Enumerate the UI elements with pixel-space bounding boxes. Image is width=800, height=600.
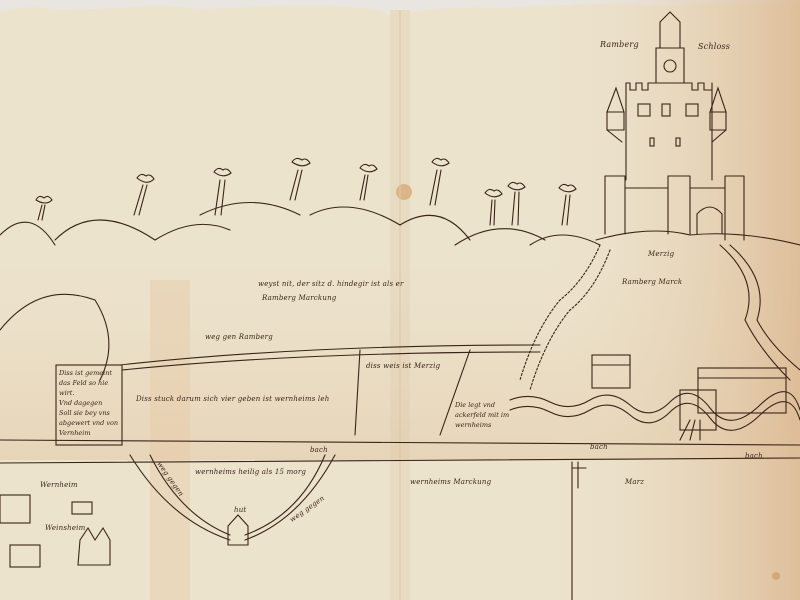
slope-label-2: Ramberg Marck <box>622 278 682 286</box>
bach-label-2: bach <box>590 443 608 451</box>
field-label-3: Die legt vnd ackerfeld mit im wernheims <box>455 400 525 430</box>
road-label: weg gen Ramberg <box>205 333 273 341</box>
hut-label: hut <box>234 506 246 514</box>
mid-note-line2: Ramberg Marckung <box>262 294 336 302</box>
note-box-text: Diss ist gemeint das Feld so hie wirt. V… <box>59 368 121 438</box>
paper-sheet <box>0 0 800 600</box>
bach-label-3: bach <box>745 452 763 460</box>
castle-title-right: Schloss <box>698 42 730 51</box>
bach-label-1: bach <box>310 446 328 454</box>
valley-label: wernheims heilig als 15 morg <box>195 468 306 476</box>
right-lower: Marz <box>625 478 644 486</box>
village-label-1: Wernheim <box>40 481 78 489</box>
village-label-2: Weinsheim <box>45 524 85 532</box>
mid-note-line1: weyst nit, der sitz d. hindegir ist als … <box>258 280 404 288</box>
castle-title-left: Ramberg <box>600 40 639 49</box>
slope-label-1: Merzig <box>648 250 674 258</box>
field-label-1: Diss stuck darum sich vier geben ist wer… <box>136 395 329 403</box>
field-label-2: diss weis ist Merzig <box>366 362 440 370</box>
lower-mark: wernheims Marckung <box>410 478 491 486</box>
manuscript-map <box>0 0 800 600</box>
